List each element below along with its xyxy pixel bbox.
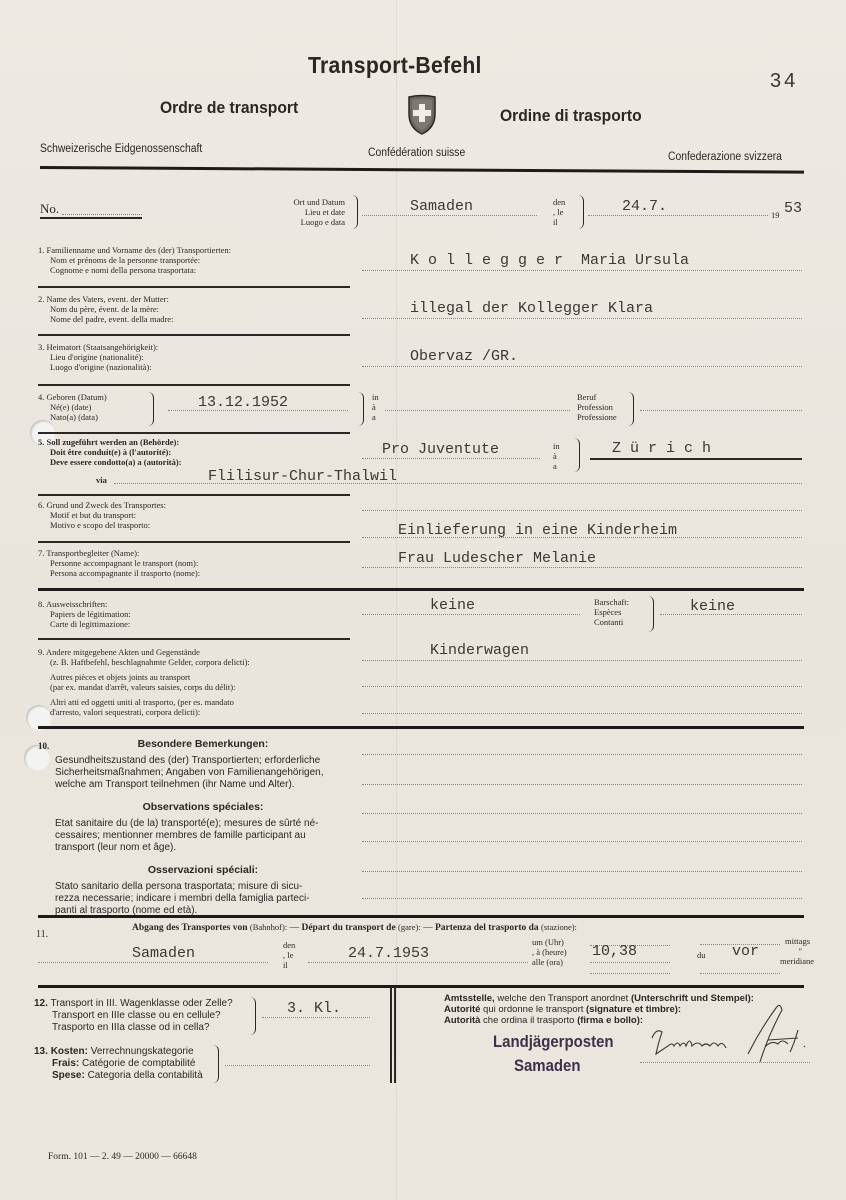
- divider: [38, 638, 350, 640]
- divider: [38, 494, 350, 496]
- no-underline: [40, 217, 142, 219]
- birthplace-field[interactable]: [385, 410, 570, 411]
- time-line: [590, 962, 670, 963]
- subtitle-it: Ordine di trasporto: [500, 106, 642, 126]
- header-divider: [40, 166, 804, 174]
- field-13-labels: 13. Kosten: Verrechnungskategorie Frais:…: [34, 1046, 203, 1082]
- stamp-line-2: Samaden: [514, 1056, 581, 1076]
- field-10-labels: Besondere Bemerkungen: Gesundheitszustan…: [55, 738, 351, 917]
- field-3-labels: 3. Heimatort (Staatsangehörigkeit): Lieu…: [38, 342, 158, 372]
- document-title: Transport-Befehl: [308, 52, 482, 79]
- field-10-number: 10.: [38, 741, 49, 751]
- field-5-labels: 5. Soll zugeführt werden an (Behörde): D…: [38, 437, 182, 467]
- page-number: 34: [770, 70, 798, 93]
- date-value[interactable]: 24.7.: [622, 198, 667, 215]
- field-11-heading: Abgang des Transportes von (Bahnhof): — …: [132, 922, 577, 933]
- section-divider: [38, 588, 804, 591]
- brace: [628, 392, 634, 426]
- section-divider: [38, 985, 804, 988]
- escort-name[interactable]: Frau Ludescher Melanie: [398, 550, 596, 567]
- field-2-line: [362, 318, 802, 319]
- field-6-line: [362, 510, 802, 511]
- signature: [648, 1000, 818, 1070]
- class-line: [262, 1017, 370, 1018]
- remarks-line[interactable]: [362, 841, 802, 842]
- den-labels: den , le il: [553, 197, 565, 227]
- destination-authority-line: [362, 458, 540, 459]
- other-items-value[interactable]: Kinderwagen: [430, 642, 529, 659]
- divider: [38, 541, 350, 543]
- costs-field[interactable]: [225, 1065, 370, 1066]
- origin-value[interactable]: Obervaz /GR.: [410, 348, 518, 365]
- brace: [578, 195, 584, 229]
- id-papers-value[interactable]: keine: [430, 597, 475, 614]
- brace: [148, 392, 154, 426]
- divider: [38, 334, 350, 336]
- cash-value[interactable]: keine: [690, 598, 735, 615]
- destination-city[interactable]: Z ü r i c h: [612, 440, 711, 457]
- authority-de: Schweizerische Eidgenossenschaft: [40, 143, 202, 155]
- parent-name[interactable]: illegal der Kollegger Klara: [410, 300, 653, 317]
- remarks-line[interactable]: [362, 871, 802, 872]
- field-6-labels: 6. Grund und Zweck des Transportes: Moti…: [38, 500, 166, 530]
- section-divider: [38, 726, 804, 729]
- remarks-line[interactable]: [362, 754, 802, 755]
- remarks-line[interactable]: [362, 784, 802, 785]
- field-2-labels: 2. Name des Vaters, event. der Mutter: N…: [38, 294, 173, 324]
- profession-labels: Beruf Profession Professione: [577, 392, 617, 422]
- cash-labels: Barschaft: Espèces Contanti: [594, 597, 629, 627]
- divider: [38, 286, 350, 288]
- place-dotted-line: [362, 215, 537, 216]
- wagon-class-value[interactable]: 3. Kl.: [287, 1000, 341, 1017]
- in-labels: in à a: [553, 441, 560, 471]
- authority-fr: Confédération suisse: [368, 147, 465, 159]
- city-underline: [590, 458, 802, 460]
- field-9-line: [362, 660, 802, 661]
- id-papers-line: [362, 614, 580, 615]
- brace: [352, 195, 358, 229]
- profession-field[interactable]: [640, 410, 802, 411]
- via-route[interactable]: Flilisur-Chur-Thalwil: [208, 468, 397, 485]
- field-7-line: [362, 567, 802, 568]
- no-field[interactable]: [62, 214, 142, 215]
- field-1-line: [362, 270, 802, 271]
- subtitle-fr: Ordre de transport: [160, 98, 298, 118]
- brace: [574, 438, 580, 472]
- brace: [358, 392, 364, 426]
- document-page: Transport-Befehl 34 Ordre de transport O…: [0, 0, 846, 1200]
- date-dotted-line: [588, 215, 768, 216]
- place-value[interactable]: Samaden: [410, 198, 473, 215]
- remarks-line[interactable]: [362, 813, 802, 814]
- field-1-labels: 1. Familienname und Vorname des (der) Tr…: [38, 245, 231, 275]
- via-label: via: [96, 475, 107, 485]
- brace: [648, 596, 654, 632]
- field-12-labels: 12. Transport in III. Wagenklasse oder Z…: [34, 998, 233, 1034]
- divider: [38, 432, 350, 434]
- den-labels: den , le il: [283, 940, 295, 970]
- field-7-labels: 7. Transportbegleiter (Name): Personne a…: [38, 548, 200, 578]
- field-11-number: 11.: [36, 929, 48, 940]
- ampm-line: [700, 973, 780, 974]
- time-line: [590, 973, 670, 974]
- mittags-labels: mittags " meridiane: [780, 936, 810, 966]
- field-9-line: [362, 713, 802, 714]
- brace: [213, 1045, 219, 1083]
- du-label: du: [697, 950, 706, 960]
- destination-authority[interactable]: Pro Juventute: [382, 441, 499, 458]
- departure-date[interactable]: 24.7.1953: [348, 945, 429, 962]
- transported-person-name[interactable]: K o l l e g g e r Maria Ursula: [410, 252, 689, 269]
- time-labels: um (Uhr) , à (heure) alle (ora): [532, 937, 567, 967]
- field-3-line: [362, 366, 802, 367]
- stamp-line-1: Landjägerposten: [493, 1032, 614, 1052]
- station-line: [38, 962, 268, 963]
- divider: [38, 384, 350, 386]
- vertical-divider: [394, 987, 396, 1083]
- vertical-divider: [390, 987, 392, 1083]
- form-code: Form. 101 — 2. 49 — 20000 — 66648: [48, 1152, 197, 1162]
- transport-purpose[interactable]: Einlieferung in eine Kinderheim: [398, 522, 677, 539]
- brace: [250, 997, 256, 1035]
- departure-station[interactable]: Samaden: [132, 945, 195, 962]
- in-labels: in à a: [372, 392, 379, 422]
- authority-it: Confederazione svizzera: [668, 151, 782, 163]
- am-pm-value[interactable]: vor: [732, 943, 759, 960]
- field-4-labels: 4. Geboren (Datum) Né(e) (date) Nato(a) …: [38, 392, 107, 422]
- field-8-labels: 8. Ausweisschriften: Papiers de légitima…: [38, 599, 131, 629]
- place-date-labels: Ort und Datum Lieu et date Luogo e data: [285, 197, 345, 227]
- swiss-shield-icon: [407, 94, 437, 136]
- page-fold: [396, 0, 397, 1200]
- no-label: No.: [40, 201, 59, 217]
- field-9-labels: 9. Andere mitgegebene Akten und Gegenstä…: [38, 647, 250, 717]
- departure-date-line: [308, 962, 528, 963]
- field-9-line: [362, 686, 802, 687]
- birthdate-value[interactable]: 13.12.1952: [198, 394, 288, 411]
- departure-time[interactable]: 10,38: [592, 943, 637, 960]
- year-value[interactable]: 53: [784, 200, 802, 217]
- remarks-line[interactable]: [362, 898, 802, 899]
- section-divider: [38, 915, 804, 918]
- year-prefix: 19: [771, 210, 780, 220]
